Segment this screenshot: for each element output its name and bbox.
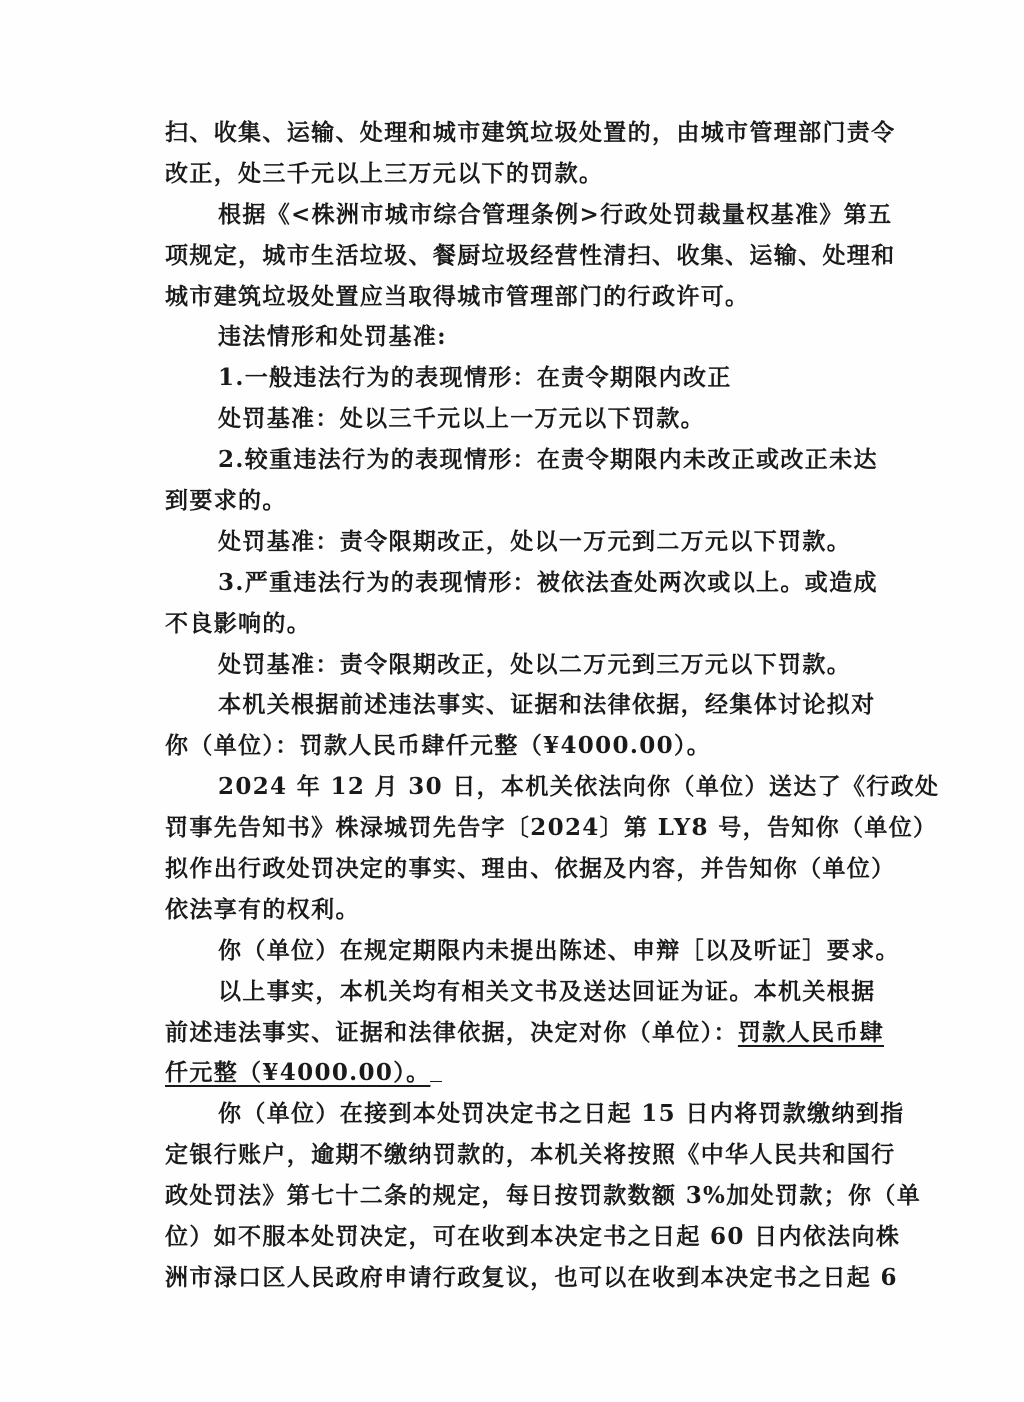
underline-extension — [430, 1053, 442, 1082]
text-line: 依法享有的权利。 — [165, 890, 885, 931]
text-line: 处罚基准：责令限期改正，处以一万元到二万元以下罚款。 — [165, 522, 885, 563]
text-line: 1.一般违法行为的表现情形：在责令期限内改正 — [165, 358, 885, 399]
text-line: 扫、收集、运输、处理和城市建筑垃圾处置的，由城市管理部门责令 — [165, 113, 885, 154]
text-line: 处罚基准：责令限期改正，处以二万元到三万元以下罚款。 — [165, 645, 885, 686]
text-line: 洲市渌口区人民政府申请行政复议，也可以在收到本决定书之日起 6 — [165, 1258, 885, 1299]
text-line: 罚事先告知书》株渌城罚先告字〔2024〕第 LY8 号，告知你（单位） — [165, 808, 885, 849]
text-line: 项规定，城市生活垃圾、餐厨垃圾经营性清扫、收集、运输、处理和 — [165, 236, 885, 277]
text-line: 城市建筑垃圾处置应当取得城市管理部门的行政许可。 — [165, 277, 885, 318]
text-line: 拟作出行政处罚决定的事实、理由、依据及内容，并告知你（单位） — [165, 849, 885, 890]
text-line: 不良影响的。 — [165, 604, 885, 645]
text-line: 前述违法事实、证据和法律依据，决定对你（单位）：罚款人民币肆 — [165, 1013, 885, 1054]
document-page: 扫、收集、运输、处理和城市建筑垃圾处置的，由城市管理部门责令 改正，处三千元以上… — [0, 0, 1024, 1402]
document-body: 扫、收集、运输、处理和城市建筑垃圾处置的，由城市管理部门责令 改正，处三千元以上… — [165, 113, 885, 1299]
text-line: 2.较重违法行为的表现情形：在责令期限内未改正或改正未达 — [165, 440, 885, 481]
decision-text: 前述违法事实、证据和法律依据，决定对你（单位）： — [165, 1019, 738, 1046]
text-line: 3.严重违法行为的表现情形：被依法查处两次或以上。或造成 — [165, 563, 885, 604]
text-line: 你（单位）：罚款人民币肆仟元整（¥4000.00）。 — [165, 726, 885, 767]
section-heading: 违法情形和处罚基准: — [165, 317, 885, 358]
text-line: 政处罚法》第七十二条的规定，每日按罚款数额 3%加处罚款；你（单 — [165, 1176, 885, 1217]
text-line: 以上事实，本机关均有相关文书及送达回证为证。本机关根据 — [165, 972, 885, 1013]
text-line: 本机关根据前述违法事实、证据和法律依据，经集体讨论拟对 — [165, 685, 885, 726]
text-line: 你（单位）在接到本处罚决定书之日起 15 日内将罚款缴纳到指 — [165, 1094, 885, 1135]
fine-decision-underlined: 罚款人民币肆 — [738, 1019, 884, 1046]
text-line: 仟元整（¥4000.00）。 — [165, 1053, 885, 1094]
text-line: 根据《<株洲市城市综合管理条例>行政处罚裁量权基准》第五 — [165, 195, 885, 236]
text-line: 改正，处三千元以上三万元以下的罚款。 — [165, 154, 885, 195]
text-line: 处罚基准：处以三千元以上一万元以下罚款。 — [165, 399, 885, 440]
text-line: 你（单位）在规定期限内未提出陈述、申辩［以及听证］要求。 — [165, 931, 885, 972]
text-line: 定银行账户，逾期不缴纳罚款的，本机关将按照《中华人民共和国行 — [165, 1135, 885, 1176]
fine-decision-underlined: 仟元整（¥4000.00）。 — [165, 1059, 430, 1086]
text-line: 位）如不服本处罚决定，可在收到本决定书之日起 60 日内依法向株 — [165, 1217, 885, 1258]
text-line: 到要求的。 — [165, 481, 885, 522]
text-line: 2024 年 12 月 30 日，本机关依法向你（单位）送达了《行政处 — [165, 767, 885, 808]
